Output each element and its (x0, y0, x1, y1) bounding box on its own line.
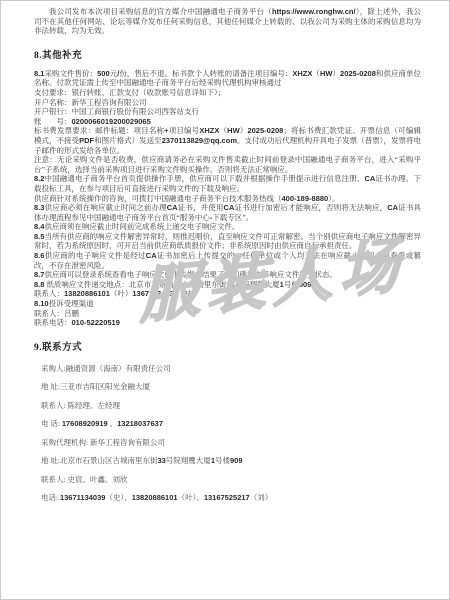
text-line: 账 号：0200066019200029065 (34, 117, 421, 127)
text-line: 8.1采购文件售价：500元/份，售后不退。标书款个人转账的请备注项目编号：XH… (34, 69, 421, 88)
text-line: 8.10投诉受理渠道 (34, 299, 421, 309)
text-line: 地 址:北京市石景山区古城南里东街33号院翔鹰大厦1号楼909 (41, 457, 421, 465)
text-line: 开户银行：中国工商银行股份有限公司西客站支行 (34, 107, 421, 117)
document-body: 我公司发布本次项目采购信息的官方媒介中国融通电子商务平台（https://www… (1, 1, 449, 502)
text-line: 8.8 纸质响应文件递交地点：北京市石景山区古城南里东街33号院翔鹰大厦1号楼9… (34, 280, 421, 290)
text-line: 开户名称：新华工程咨询有限公司 (34, 98, 421, 108)
section-8-body: 8.1采购文件售价：500元/份，售后不退。标书款个人转账的请备注项目编号：XH… (34, 69, 421, 328)
text-line: 联系电话：010-52220519 (34, 318, 421, 328)
text-line: 8.6供应商的电子响应文件是经过CA证书加密后上传提交的，任何单位或个人均无法在… (34, 251, 421, 270)
text-line: 8.2中国融通电子商务平台首页提供操作手册，供应商可以下载并根据操作手册提示进行… (34, 174, 421, 193)
text-line: 支付要求：银行转账、汇款支付（收款账号信息详如下）； (34, 88, 421, 98)
section-8-heading: 8.其他补充 (34, 47, 421, 61)
text-line: 8.3供应商必须在响应截止时间之前办理CA证书，并使用CA证书进行加密后才能响应… (34, 203, 421, 222)
intro-paragraph: 我公司发布本次项目采购信息的官方媒介中国融通电子商务平台（https://www… (34, 7, 421, 36)
document-page: 我公司发布本次项目采购信息的官方媒介中国融通电子商务平台（https://www… (0, 0, 450, 600)
section-9-heading: 9.联系方式 (34, 339, 421, 353)
text-line: 电 话: 17608920919 、13218037637 (41, 420, 421, 428)
text-line: 8.5当所有供应商的响应文件解密异常时，则推迟唱价，直至响应文件可正常解密。当个… (34, 232, 421, 251)
text-line: 供应商针对系统操作的咨询，可拨打中国融通电子商务平台技术服务热线（400-189… (34, 194, 421, 204)
text-line: 地 址:三亚市吉阳区阳光金融大厦 (41, 383, 421, 391)
text-line: 联系人：吕鹏 (34, 309, 421, 319)
text-line: 采购人:融通资源（海南）有限责任公司 (41, 365, 421, 373)
text-line: 采购代理机构: 新华工程咨询有限公司 (41, 439, 421, 447)
text-line: 联系人: 史宸、叶鑫、刘欣 (41, 476, 421, 484)
text-line: 8.7供应商可以登录系统查看电子响应文件上传提交结果了解和确认电子响应文件提交状… (34, 270, 421, 280)
text-line: 联系人: 陈经理、左经理 (41, 402, 421, 410)
text-line: 电话: 13671134039（史）、13820886101（叶）、131675… (41, 494, 421, 502)
text-line: 8.4供应商须在响应截止时间前完成系统上递交电子响应文件。 (34, 222, 421, 232)
text-line: 我公司发布本次项目采购信息的官方媒介中国融通电子商务平台（https://www… (34, 7, 421, 36)
text-line: 标书费发票要求：邮件标题：项目名称+项目编号XHZX（HW）2025-0208；… (34, 126, 421, 155)
section-9-body: 采购人:融通资源（海南）有限责任公司地 址:三亚市吉阳区阳光金融大厦联系人: 陈… (34, 365, 421, 503)
text-line: 注意：无论采购文件是否收费，供应商请务必在采购文件售卖截止时间前登录中国融通电子… (34, 155, 421, 174)
text-line: 联系人：13820886101（叶）13671134039（史） (34, 289, 421, 299)
